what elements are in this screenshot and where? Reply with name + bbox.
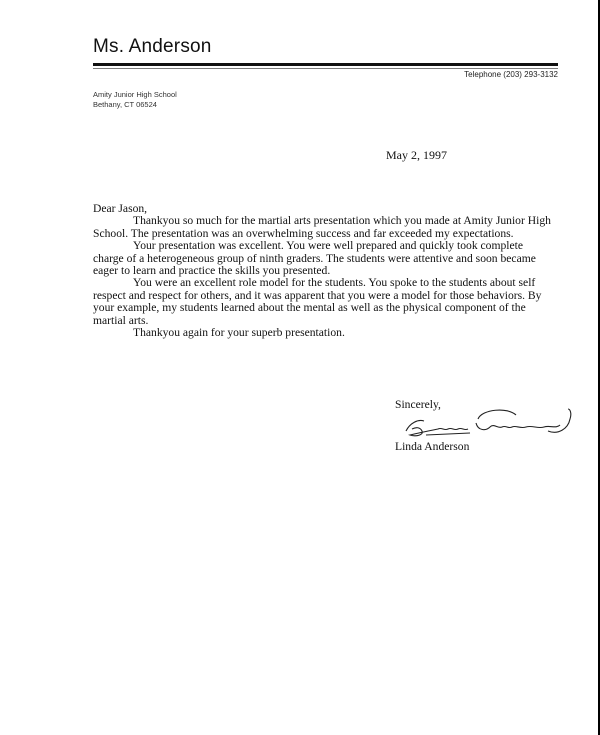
handwritten-signature [398,405,578,441]
letterhead-rule-thick [93,63,558,66]
letterhead-rule-thin [93,68,558,69]
paragraph: Thankyou again for your superb presentat… [93,327,555,339]
letterhead-telephone: Telephone (203) 293-3132 [464,70,558,79]
signer-name: Linda Anderson [395,440,469,453]
paragraph: You were an excellent role model for the… [93,277,555,327]
paragraph: Thankyou so much for the martial arts pr… [93,215,555,240]
address-line-2: Bethany, CT 06524 [93,100,177,110]
sender-address: Amity Junior High School Bethany, CT 065… [93,90,177,110]
letter-body: Dear Jason, Thankyou so much for the mar… [93,203,555,339]
address-line-1: Amity Junior High School [93,90,177,100]
paragraph: Your presentation was excellent. You wer… [93,240,555,277]
letter-page: Ms. Anderson Telephone (203) 293-3132 Am… [0,0,600,735]
letterhead-name: Ms. Anderson [93,36,212,58]
letter-date: May 2, 1997 [386,148,447,163]
